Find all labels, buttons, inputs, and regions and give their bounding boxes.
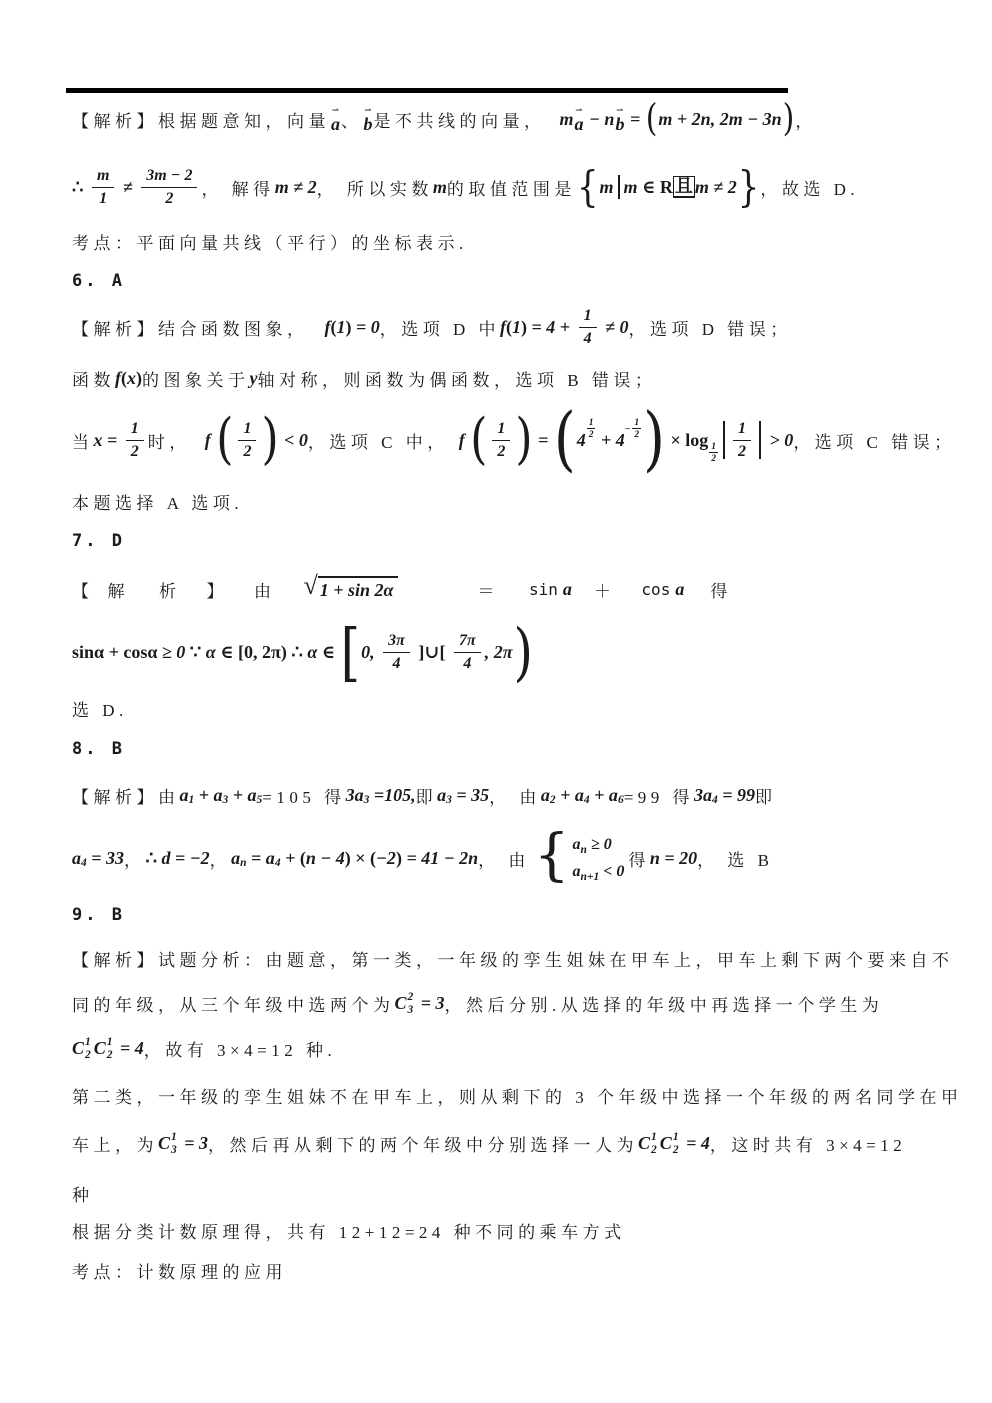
formula-f1-eq-0: f(1) = 0 [325,317,380,338]
formula-fraction-inequality: ∴ m1 ≠ 3m − 22 [72,166,201,207]
text: 考点：平面向量共线（平行）的坐标表示. [72,229,468,254]
formula-vector-a: ⇀a [330,106,341,133]
text: 轴对称，则函数为偶函数，选项 B 错误； [258,366,657,391]
formula-3a4: 3a4 = 99 [694,785,755,806]
text: 【解析】由 [72,783,180,808]
text: 的图象关于 [142,366,250,391]
text: ，选项 D 中 [380,315,500,340]
text: ，选项 C 错误； [793,428,955,453]
q9-solution-line1: 【解析】试题分析：由题意，第一类，一年级的孪生姐妹在甲车上，甲车上剩下两个要来自… [72,944,954,972]
q6-answer-head: 6. A [72,268,125,294]
document-page: 【解析】根据题意知，向量⇀a、⇀b是不共线的向量，m⇀a − n⇀b = (m … [0,0,992,1403]
formula-c3-2: C23 = 3 [395,990,445,1016]
q9-exam-point: 考点：计数原理的应用 [72,1256,287,1284]
q9-solution-line4: 第二类，一年级的孪生姐妹不在甲车上，则从剩下的 3 个年级中选择一个年级的两名同… [72,1081,963,1109]
q9-solution-line7: 根据分类计数原理得，共有 12+12=24 种不同的乘车方式 [72,1216,626,1244]
q5-solution-line1: 【解析】根据题意知，向量⇀a、⇀b是不共线的向量，m⇀a − n⇀b = (m … [72,96,817,142]
formula-an-general: an = a4 + (n − 4) × (−2) = 41 − 2n [231,848,478,869]
text: ， [210,846,232,871]
text: ， [795,107,817,132]
text: ，选项 C 中， [308,428,449,453]
formula-a1-a3-a5: a1 + a3 + a5 [180,785,263,806]
formula-a3-35: a3 = 35 [437,785,489,806]
text: ， 由 [478,846,530,871]
text: 析 [159,577,181,602]
q5-exam-point: 考点：平面向量共线（平行）的坐标表示. [72,228,468,254]
q7-answer-head: 7. D [72,528,125,554]
text: 】 [207,577,229,602]
formula-d-neg2: ∴ d = −2 [146,848,210,869]
formula-a: a [675,579,684,600]
formula-f-half-log: f (12) = (412 + 4−12) × log1212 > 0 [459,412,794,468]
q9-answer-head: 9. B [72,902,125,928]
q8-solution-line1: 【解析】由a1 + a3 + a5=105 得3a3 =105,即a3 = 35… [72,774,777,816]
text: 解 [108,577,130,602]
q9-solution-line6: 种 [72,1179,94,1207]
text: 即 [416,783,438,808]
formula-f-half-lt-0: f (12) < 0 [205,418,308,462]
answer-label: 8. B [72,739,125,759]
text: ， 由 [489,783,541,808]
text: 函数 [72,366,115,391]
text: =99 得 [624,783,694,808]
q8-solution-line2: a4 = 33，∴ d = −2，an = a4 + (n − 4) × (−2… [72,825,773,891]
text: 选 D. [72,696,128,721]
q9-solution-line3: C12C12 = 4，故有 3×4=12 种. [72,1027,336,1069]
formula-fx: f(x) [115,368,142,389]
text: 本题选择 A 选项. [72,489,243,514]
formula-vector-b: ⇀b [363,106,374,133]
cos-text: cos [641,580,670,599]
text: 第二类，一年级的孪生姐妹不在甲车上，则从剩下的 3 个年级中选择一个年级的两名同… [72,1083,963,1108]
answer-label: 6. A [72,271,125,291]
formula-n-20: n = 20 [650,848,697,869]
formula-m-neq-2: m ≠ 2 [275,177,317,198]
q9-solution-line2: 同的年级，从三个年级中选两个为C23 = 3，然后分别.从选择的年级中再选择一个… [72,982,883,1024]
text: 、 [341,107,363,132]
formula-3a3: 3a3 =105, [346,785,416,806]
formula-vector-combination: m⇀a − n⇀b = (m + 2n, 2m − 3n) [560,104,796,134]
text: 当 [72,428,94,453]
text: ， 解得 [201,175,274,200]
formula-a4-33: a4 = 33 [72,848,124,869]
formula-a2-a4-a6: a2 + a4 + a6 [541,785,624,806]
text: ，然后分别.从选择的年级中再选择一个学生为 [445,991,884,1016]
formula-c2-1-c2-1: C12C12 = 4 [638,1130,710,1156]
q6-solution-line2: 函数f(x)的图象关于y轴对称，则函数为偶函数，选项 B 错误； [72,360,656,396]
answer-label: 7. D [72,531,125,551]
text: ，然后再从剩下的两个年级中分别选择一人为 [208,1131,638,1156]
q5-solution-line2: ∴ m1 ≠ 3m − 22， 解得m ≠ 2， 所以实数m的取值范围是{mm … [72,156,859,218]
text: 【解析】试题分析：由题意，第一类，一年级的孪生姐妹在甲车上，甲车上剩下两个要来自… [72,946,954,971]
text: 的取值范围是 [447,175,576,200]
text: 时， [148,428,191,453]
answer-label: 9. B [72,905,125,925]
text: ，故选 D. [760,175,859,200]
text: 【 [72,577,94,602]
text: ，故有 3×4=12 种. [144,1036,336,1061]
text: ， [124,846,146,871]
text: 是不共线的向量， [374,107,546,132]
text: ， 所以实数 [317,175,433,200]
formula-m: m [433,177,447,198]
text: 即 [755,783,777,808]
text: ，选项 D 错误； [628,315,791,340]
text: 同的年级，从三个年级中选两个为 [72,991,395,1016]
formula-sqrt-1-plus-sin2a: √1 + sin 2α [302,576,400,602]
q6-conclusion: 本题选择 A 选项. [72,488,243,514]
equals-sign: ＝ [478,577,500,602]
formula-cases-system: {an ≥ 0an+1 < 0 [530,830,628,886]
text: =105 得 [262,783,345,808]
formula-x-half: x = 12 [94,419,148,460]
formula-c3-1: C13 = 3 [158,1130,208,1156]
sin-text: sin [529,580,558,599]
q7-solution-line2: sinα + cosα ≥ 0 ∵ α ∈ [0, 2π) ∴ α ∈ [0, … [72,618,534,686]
formula-alpha-interval: sinα + cosα ≥ 0 ∵ α ∈ [0, 2π) ∴ α ∈ [0, … [72,627,534,677]
text: 【解析】结合函数图象， [72,315,309,340]
text: ，这时共有 3×4=12 [710,1131,906,1156]
text: 得 [628,846,650,871]
q7-conclusion: 选 D. [72,695,128,721]
formula-f1-value: f(1) = 4 + 14 ≠ 0 [500,306,628,347]
formula-solution-set: {mm ∈ R且m ≠ 2} [576,170,761,204]
plus-sign: ＋ [594,577,616,602]
text: 种 [72,1181,94,1206]
text: 得 [710,577,732,602]
text: 车上，为 [72,1131,158,1156]
q9-solution-line5: 车上，为C13 = 3，然后再从剩下的两个年级中分别选择一人为C12C12 = … [72,1122,906,1164]
text: 考点：计数原理的应用 [72,1258,287,1283]
formula-c2-1-c2-1: C12C12 = 4 [72,1035,144,1061]
formula-a: a [563,579,572,600]
top-rule [66,88,788,93]
q6-solution-line3: 当x = 12时，f (12) < 0，选项 C 中，f (12) = (412… [72,402,956,478]
text: 由 [254,577,276,602]
text: 【解析】根据题意知，向量 [72,107,330,132]
q6-solution-line1: 【解析】结合函数图象，f(1) = 0，选项 D 中f(1) = 4 + 14 … [72,296,792,358]
text: ， 选 B [697,846,773,871]
text: 根据分类计数原理得，共有 12+12=24 种不同的乘车方式 [72,1218,626,1243]
formula-y: y [250,368,258,389]
q7-solution-line1: 【解析】由√1 + sin 2α＝sina＋cosa得 [72,566,732,612]
q8-answer-head: 8. B [72,736,125,762]
